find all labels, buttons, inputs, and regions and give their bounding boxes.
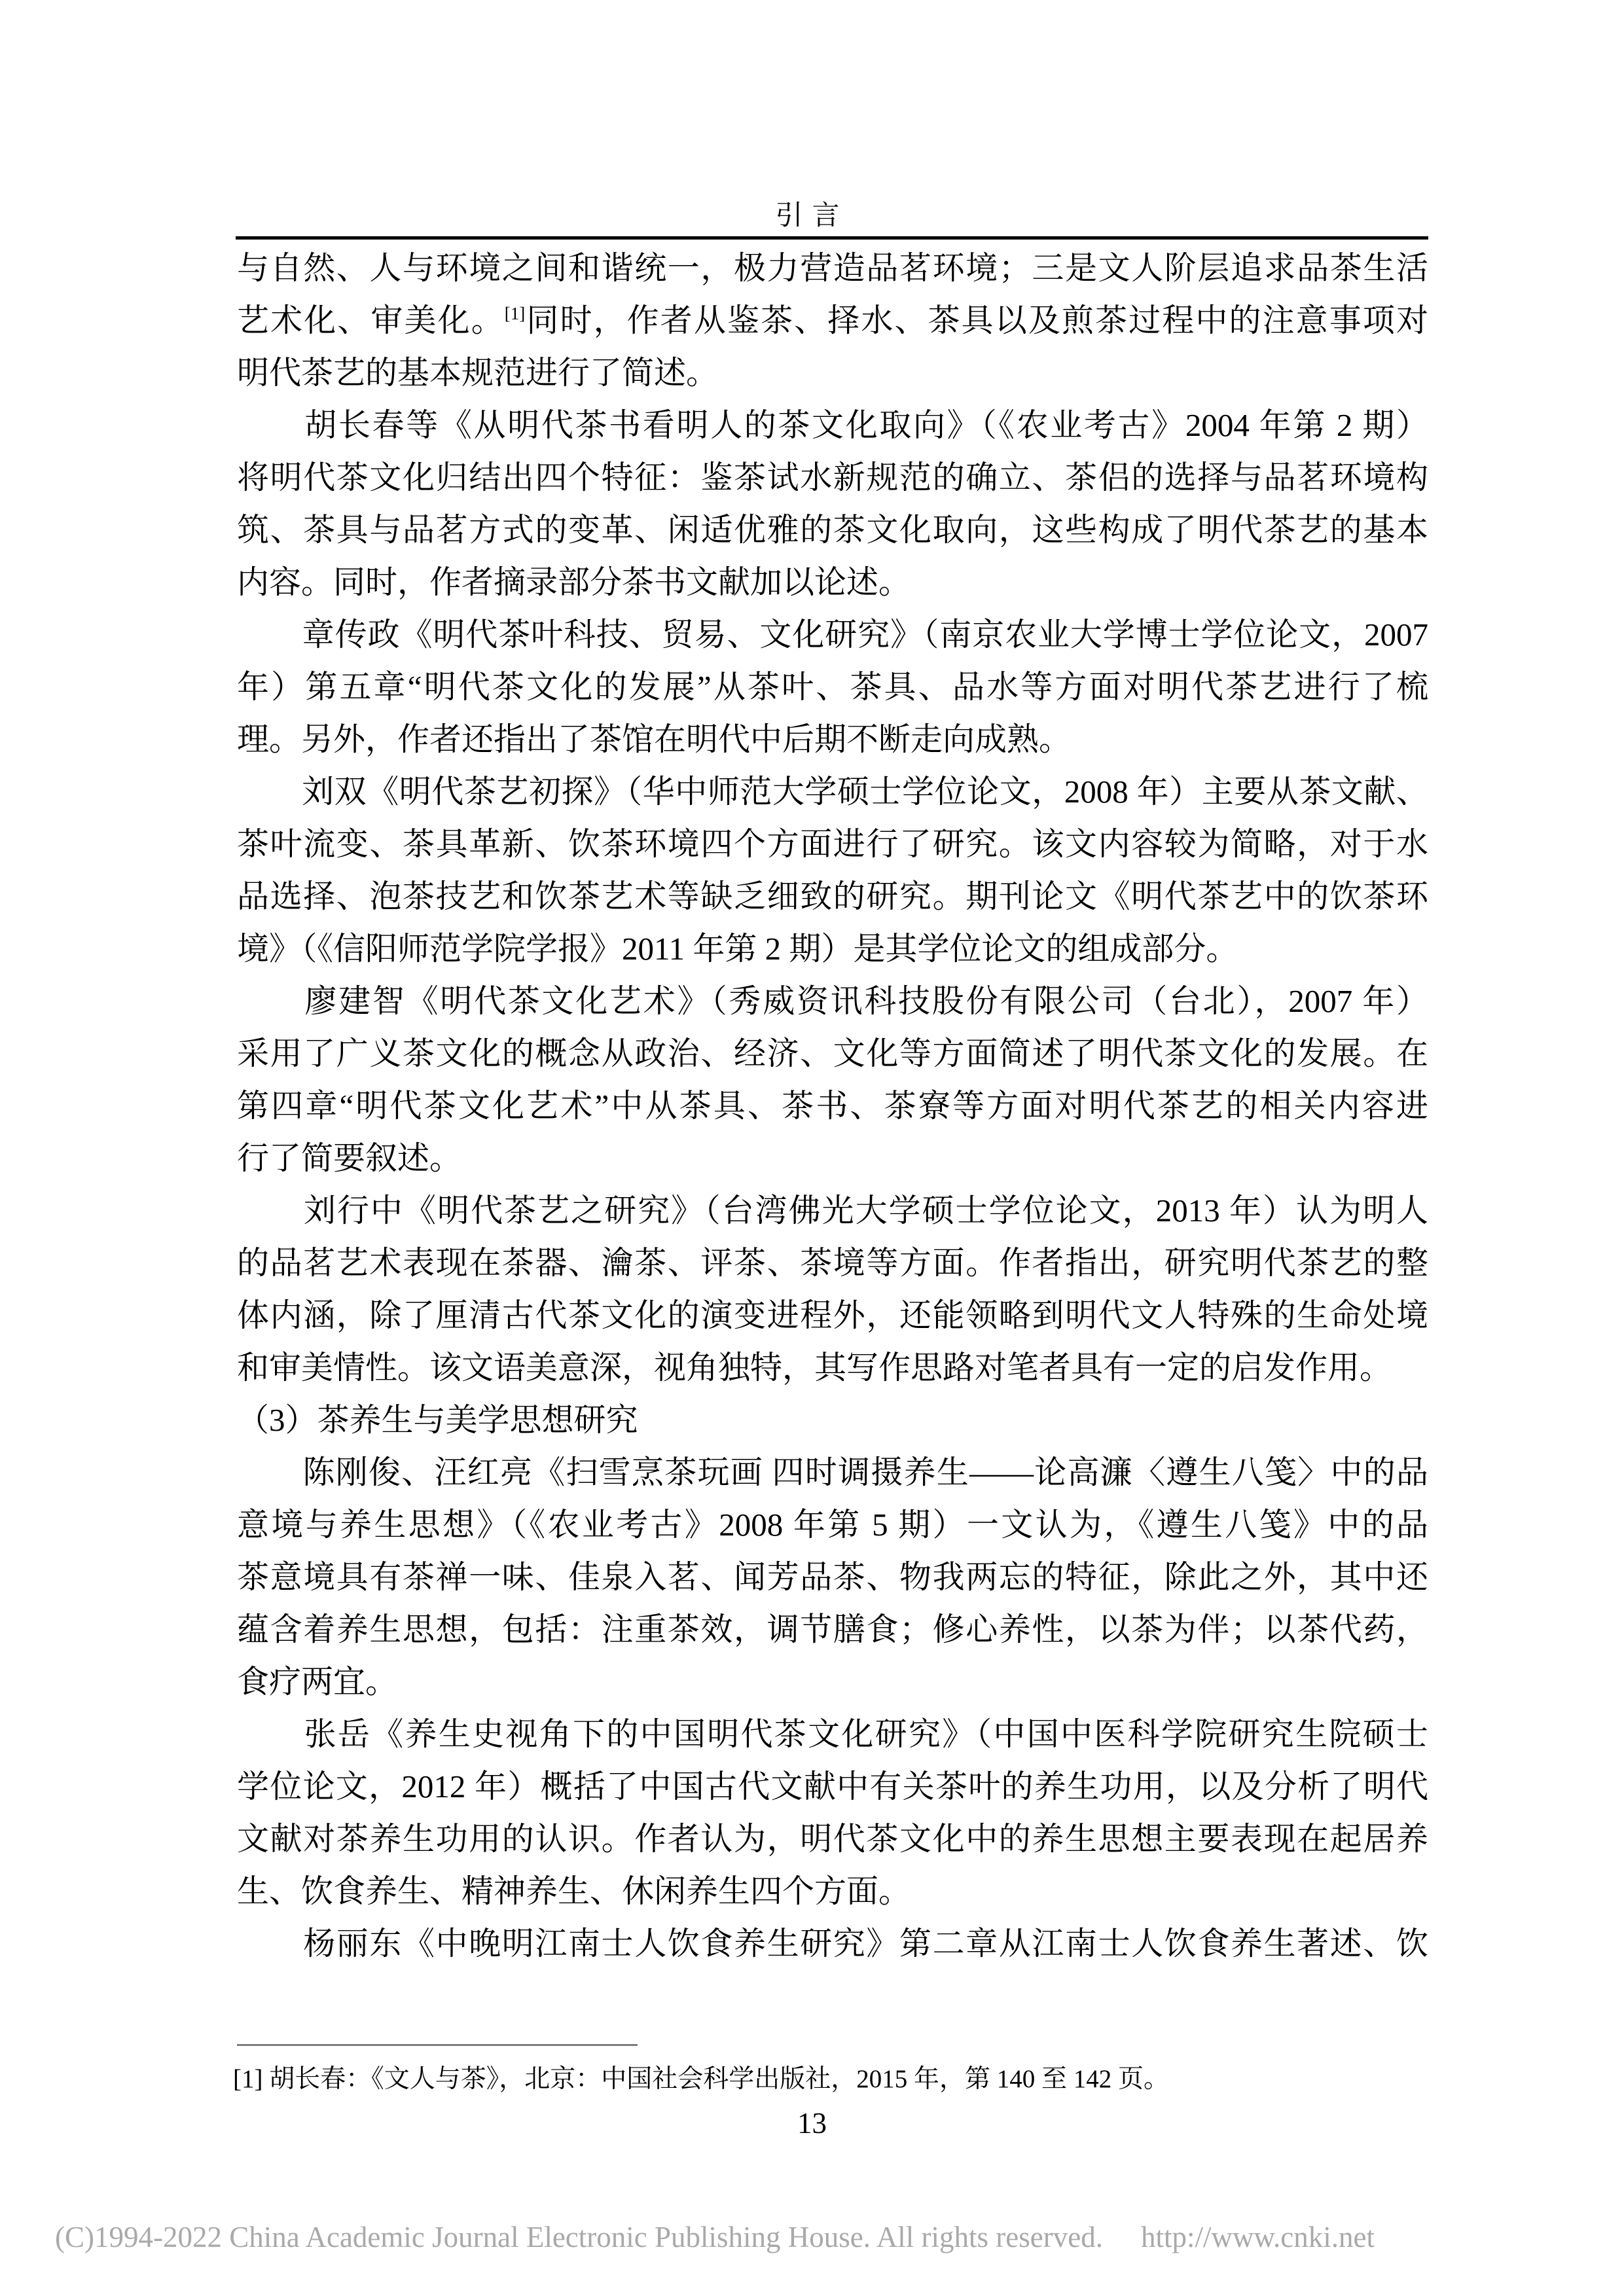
text-line: 学位论文，2012 年）概括了中国古代文献中有关茶叶的养生功用，以及分析了明代 — [237, 1761, 1428, 1813]
text-line: 胡长春等《从明代茶书看明人的茶文化取向》（《农业考古》2004 年第 2 期） — [237, 399, 1428, 452]
text-segment: 同时，作者从鉴茶、择水、茶具以及煎茶过程中的注意事项对 — [525, 302, 1428, 338]
text-line: 廖建智《明代茶文化艺术》（秀威资讯科技股份有限公司（台北），2007 年） — [237, 975, 1428, 1028]
text-line: 采用了广义茶文化的概念从政治、经济、文化等方面简述了明代茶文化的发展。在 — [237, 1028, 1428, 1080]
text-line: 茶意境具有茶禅一味、佳泉入茗、闻芳品茶、物我两忘的特征，除此之外，其中还 — [237, 1551, 1428, 1604]
text-line: 将明代茶文化归结出四个特征：鉴茶试水新规范的确立、茶侣的选择与品茗环境构 — [237, 452, 1428, 504]
text-line: 生、饮食养生、精神养生、休闲养生四个方面。 — [237, 1865, 1428, 1918]
text-line: 的品茗艺术表现在茶器、瀹茶、评茶、茶境等方面。作者指出，研究明代茶艺的整 — [237, 1237, 1428, 1289]
text-line: 明代茶艺的基本规范进行了简述。 — [237, 347, 1428, 399]
text-line: 第四章“明代茶文化艺术”中从茶具、茶书、茶寮等方面对明代茶艺的相关内容进 — [237, 1080, 1428, 1132]
text-line: 蕴含着养生思想，包括：注重茶效，调节膳食；修心养性，以茶为伴；以茶代药， — [237, 1604, 1428, 1656]
text-line: 和审美情性。该文语美意深，视角独特，其写作思路对笔者具有一定的启发作用。 — [237, 1342, 1428, 1394]
text-line: 意境与养生思想》（《农业考古》2008 年第 5 期）一文认为，《遵生八笺》中的… — [237, 1499, 1428, 1551]
text-segment: 艺术化、审美化。 — [237, 302, 505, 338]
document-page: 引言 与自然、人与环境之间和谐统一，极力营造品茗环境；三是文人阶层追求品茶生活艺… — [0, 0, 1624, 2296]
text-line: 食疗两宜。 — [237, 1656, 1428, 1708]
text-line: 章传政《明代茶叶科技、贸易、文化研究》（南京农业大学博士学位论文，2007 — [237, 609, 1428, 661]
text-line: 境》（《信阳师范学院学报》2011 年第 2 期）是其学位论文的组成部分。 — [237, 923, 1428, 975]
text-line: 体内涵，除了厘清古代茶文化的演变进程外，还能领略到明代文人特殊的生命处境 — [237, 1289, 1428, 1342]
header-rule — [236, 236, 1428, 240]
text-line: 杨丽东《中晚明江南士人饮食养生研究》第二章从江南士人饮食养生著述、饮 — [237, 1918, 1428, 1970]
footnote-ref: [1] — [505, 304, 525, 323]
footer-watermark: (C)1994-2022 China Academic Journal Elec… — [55, 2220, 1375, 2254]
text-line: 行了简要叙述。 — [237, 1132, 1428, 1185]
text-line: 刘双《明代茶艺初探》（华中师范大学硕士学位论文，2008 年）主要从茶文献、 — [237, 766, 1428, 818]
text-line: 筑、茶具与品茗方式的变革、闲适优雅的茶文化取向，这些构成了明代茶艺的基本 — [237, 504, 1428, 556]
text-line: 内容。同时，作者摘录部分茶书文献加以论述。 — [237, 556, 1428, 609]
text-line: 理。另外，作者还指出了茶馆在明代中后期不断走向成熟。 — [237, 713, 1428, 766]
text-line: 陈刚俊、汪红亮《扫雪烹茶玩画 四时调摄养生——论高濂〈遵生八笺〉中的品茶 — [237, 1446, 1428, 1499]
text-line: 艺术化、审美化。[1]同时，作者从鉴茶、择水、茶具以及煎茶过程中的注意事项对 — [237, 295, 1428, 347]
text-line: 品选择、泡茶技艺和饮茶艺术等缺乏细致的研究。期刊论文《明代茶艺中的饮茶环 — [237, 870, 1428, 923]
watermark-url: http://www.cnki.net — [1141, 2221, 1375, 2253]
text-line: 文献对茶养生功用的认识。作者认为，明代茶文化中的养生思想主要表现在起居养 — [237, 1813, 1428, 1865]
page-number: 13 — [0, 2106, 1624, 2140]
body-text: 与自然、人与环境之间和谐统一，极力营造品茗环境；三是文人阶层追求品茶生活艺术化、… — [237, 242, 1428, 1970]
text-line: 年）第五章“明代茶文化的发展”从茶叶、茶具、品水等方面对明代茶艺进行了梳 — [237, 661, 1428, 713]
text-line: 张岳《养生史视角下的中国明代茶文化研究》（中国中医科学院研究生院硕士 — [237, 1708, 1428, 1761]
text-line: 与自然、人与环境之间和谐统一，极力营造品茗环境；三是文人阶层追求品茶生活 — [237, 242, 1428, 295]
text-line: （3）茶养生与美学思想研究 — [237, 1394, 1428, 1446]
text-line: 茶叶流变、茶具革新、饮茶环境四个方面进行了研究。该文内容较为简略，对于水 — [237, 818, 1428, 870]
page-header-title: 引言 — [0, 194, 1624, 233]
text-line: 刘行中《明代茶艺之研究》（台湾佛光大学硕士学位论文，2013 年）认为明人 — [237, 1185, 1428, 1237]
footnote-separator — [237, 2044, 638, 2046]
footnote-text: [1] 胡长春：《文人与茶》，北京：中国社会科学出版社，2015 年，第 140… — [233, 2062, 1477, 2097]
watermark-copyright: (C)1994-2022 China Academic Journal Elec… — [55, 2221, 1103, 2253]
